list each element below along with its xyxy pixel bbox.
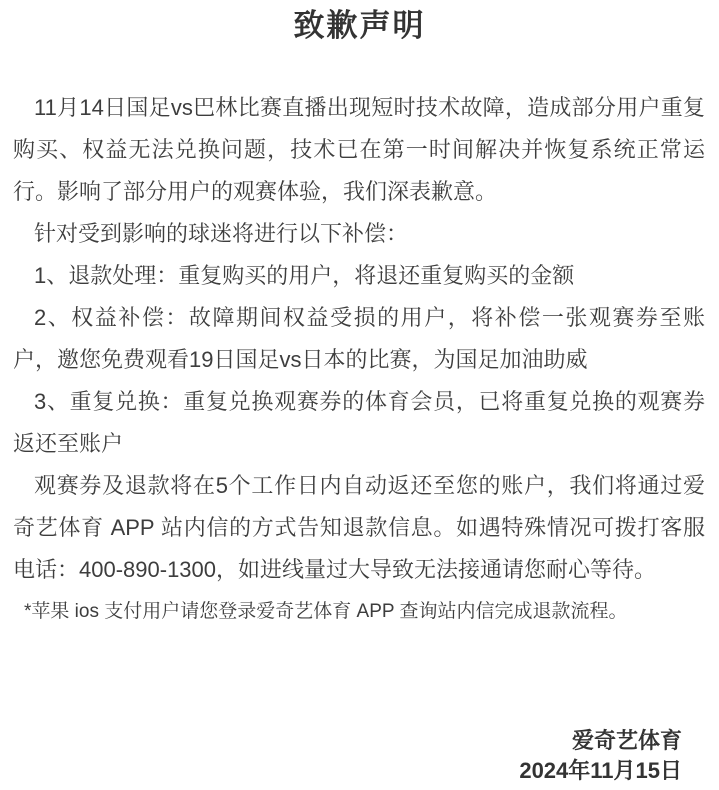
document-title: 致歉声明 bbox=[0, 0, 719, 46]
compensation-item-benefit: 2、权益补偿：故障期间权益受损的用户，将补偿一张观赛券至账户，邀您免费观看19日… bbox=[13, 297, 705, 381]
compensation-item-duplicate-redeem: 3、重复兑换：重复兑换观赛券的体育会员，已将重复兑换的观赛券返还至账户 bbox=[13, 381, 705, 465]
paragraph-refund-timeline: 观赛券及退款将在5个工作日内自动返还至您的账户，我们将通过爱奇艺体育 APP 站… bbox=[13, 465, 705, 591]
signature-date: 2024年11月15日 bbox=[519, 756, 682, 786]
ios-payment-footnote: *苹果 ios 支付用户请您登录爱奇艺体育 APP 查询站内信完成退款流程。 bbox=[13, 591, 705, 633]
signature-block: 爱奇艺体育 2024年11月15日 bbox=[519, 726, 682, 786]
signature-company-name: 爱奇艺体育 bbox=[519, 726, 682, 756]
compensation-item-refund: 1、退款处理：重复购买的用户，将退还重复购买的金额 bbox=[13, 255, 705, 297]
paragraph-compensation-header: 针对受到影响的球迷将进行以下补偿： bbox=[13, 213, 705, 255]
apology-statement-document: 致歉声明 11月14日国足vs巴林比赛直播出现短时技术故障，造成部分用户重复购买… bbox=[0, 0, 719, 790]
document-body: 11月14日国足vs巴林比赛直播出现短时技术故障，造成部分用户重复购买、权益无法… bbox=[13, 87, 705, 633]
paragraph-incident-intro: 11月14日国足vs巴林比赛直播出现短时技术故障，造成部分用户重复购买、权益无法… bbox=[13, 87, 705, 213]
